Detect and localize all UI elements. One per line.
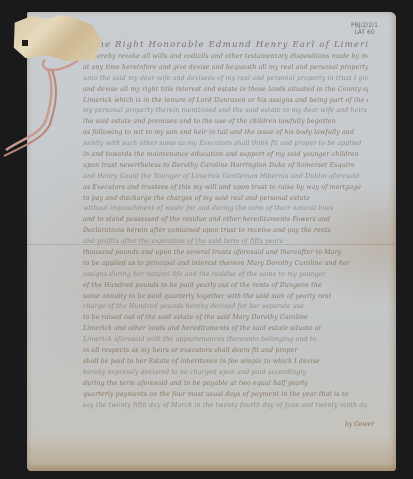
document-line: my personal property therein mentioned a… [83,106,368,117]
seal-mark-icon [22,40,28,46]
document-line: and profits after the expiration of the … [83,237,368,248]
document-line: assigns during her natural life and the … [83,270,368,281]
document-line: shall be paid to her Estate of inheritan… [83,357,368,368]
document-line: to pay and discharge the charges of my s… [83,194,368,205]
document-line: during the term aforesaid and to be paya… [83,379,368,390]
document-line: upon trust nevertheless to Dorothy Carol… [83,161,368,172]
archive-ref-line: PBJ/2/2/1 [351,22,378,29]
document-line: hereby expressly declared to be charged … [83,368,368,379]
document-line: as following to wit to my son and heir i… [83,128,368,139]
document-heading: I The Right Honorable Edmund Henry Earl … [83,38,368,52]
document-line: at any time heretofore and give devise a… [83,63,368,74]
document-line: the said estate and premises and to the … [83,117,368,128]
document-body: I The Right Honorable Edmund Henry Earl … [83,38,368,411]
document-line: Limerick aforesaid with the appurtenance… [83,335,368,346]
document-line: and devise all my right title interest a… [83,85,368,96]
document-line: do hereby revoke all wills and codicils … [83,52,368,63]
document-line: and Henry Gould the Younger of Limerick … [83,172,368,183]
document-line: quarterly payments on the four most usua… [83,390,368,401]
document-line: charge of the Hundred pounds hereby devi… [83,302,368,313]
document-line: to be applied as to principal and intere… [83,259,368,270]
archive-reference: PBJ/2/2/1 LAT 60 [351,22,378,36]
document-line: in all respects as my heirs or executors… [83,346,368,357]
document-line: thousand pounds and upon the several tru… [83,248,368,259]
document-line: and to stand possessed of the residue an… [83,215,368,226]
document-line: jointly with such other sums as my Execu… [83,139,368,150]
document-line: as Executors and trustees of this my wil… [83,183,368,194]
document-line: Limerick which is in the tenure of Lord … [83,96,368,107]
archive-ref-line: LAT 60 [351,29,378,36]
signature-note: by Gower [345,421,374,428]
document-line: Limerick and other lands and hereditamen… [83,324,368,335]
document-line: to be raised out of the said estate of t… [83,313,368,324]
document-line: of the Hundred pounds to be paid yearly … [83,281,368,292]
document-line: in and towards the maintenance education… [83,150,368,161]
document-line: without impeachment of waste for and dur… [83,204,368,215]
document-line: same annuity to be paid quarterly togeth… [83,292,368,303]
document-line: say the twenty fifth day of March in the… [83,401,368,412]
document-line: Declarations herein after contained upon… [83,226,368,237]
document-line: unto the said my dear wife and devisees … [83,74,368,85]
